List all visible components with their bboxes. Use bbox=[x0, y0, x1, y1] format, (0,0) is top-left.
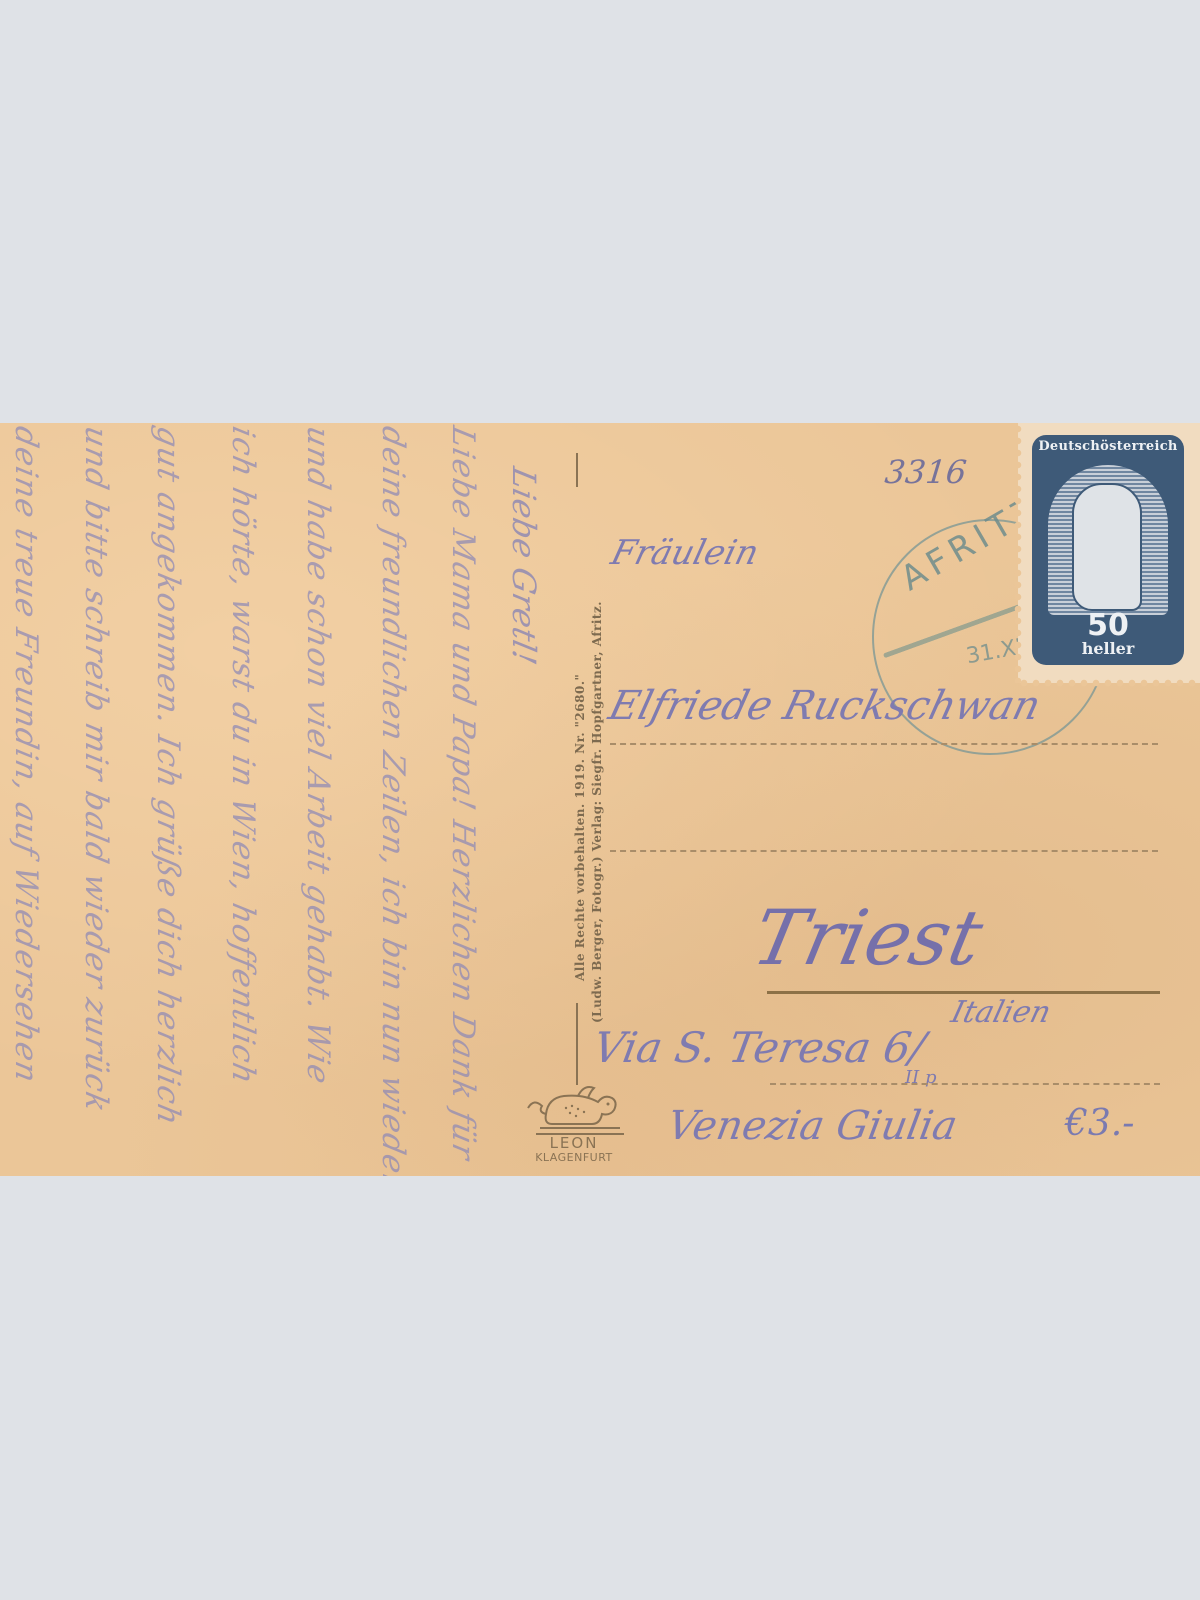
stamp-design: Deutschösterreich 50 heller bbox=[1032, 435, 1184, 665]
center-divider-bottom bbox=[576, 1003, 578, 1085]
handwritten-message: Liebe Mama und Papa! Herzlichen Dank für… bbox=[0, 423, 540, 1176]
address-line-4 bbox=[770, 1083, 1160, 1085]
stamp-value: 50 bbox=[1032, 611, 1184, 641]
publisher-imprint: (Ludw. Berger, Fotogr.) Verlag: Siegfr. … bbox=[556, 463, 606, 1023]
message-line: gut angekommen. Ich grüße dich herzlich bbox=[150, 423, 186, 1129]
postage-stamp: Deutschösterreich 50 heller bbox=[1018, 423, 1200, 683]
address-salutation: Fräulein bbox=[607, 533, 763, 573]
reference-number: 3316 bbox=[883, 453, 968, 491]
logo-city: KLAGENFURT bbox=[526, 1152, 622, 1163]
publisher-logo: LEON KLAGENFURT bbox=[518, 1078, 630, 1174]
address-city: Triest bbox=[746, 893, 991, 982]
stamp-country: Deutschösterreich bbox=[1032, 439, 1184, 454]
imprint-publisher: (Ludw. Berger, Fotogr.) Verlag: Siegfr. … bbox=[589, 463, 606, 1023]
logo-name: LEON bbox=[526, 1136, 622, 1151]
address-line-2 bbox=[610, 850, 1158, 852]
address-region: Venezia Giulia bbox=[664, 1103, 961, 1149]
message-line: und habe schon viel Arbeit gehabt. Wie bbox=[300, 423, 336, 1088]
lion-emblem-icon bbox=[518, 1078, 630, 1138]
postcard-back: Liebe Mama und Papa! Herzlichen Dank für… bbox=[0, 423, 1200, 1176]
address-recipient: Elfriede Ruckschwan bbox=[604, 683, 1045, 729]
message-line: und bitte schreib mir bald wieder zurück bbox=[78, 423, 114, 1116]
message-line: deine treue Freundin, auf Wiedersehen bbox=[8, 423, 44, 1087]
stamp-figure-icon bbox=[1072, 483, 1142, 611]
address-line-city bbox=[767, 991, 1160, 994]
price-note: €3.- bbox=[1065, 1103, 1134, 1144]
address-country: Italien bbox=[948, 995, 1055, 1030]
message-greeting: Liebe Gretl! bbox=[505, 464, 543, 668]
address-street: Via S. Teresa 6/ bbox=[590, 1023, 929, 1072]
address-line-1 bbox=[610, 743, 1158, 745]
message-line: ich hörte, warst du in Wien, hoffentlich bbox=[225, 423, 261, 1088]
stamp-unit: heller bbox=[1032, 641, 1184, 657]
message-line: Liebe Mama und Papa! Herzlichen Dank für bbox=[445, 423, 481, 1164]
imprint-rights: Alle Rechte vorbehalten. 1919. Nr. "2680… bbox=[572, 463, 589, 1023]
message-line: deine freundlichen Zeilen, ich bin nun w… bbox=[375, 423, 411, 1176]
